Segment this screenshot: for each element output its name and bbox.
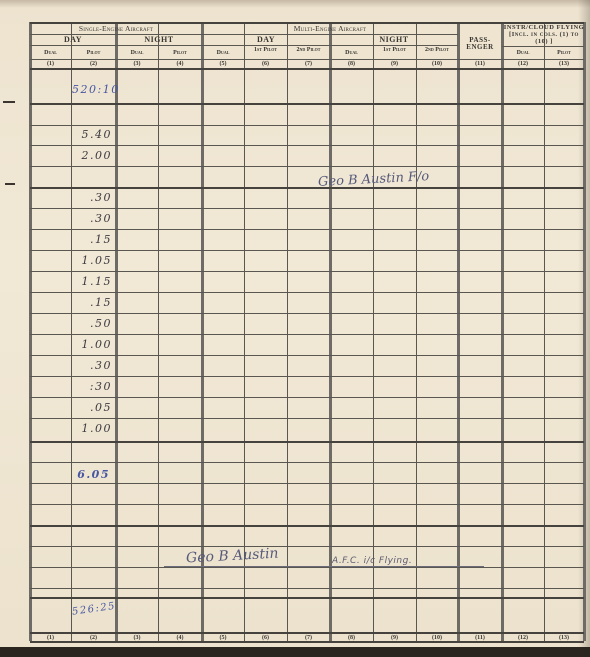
- grid-line: [30, 441, 584, 443]
- pilot-time-entry: 1.00: [72, 338, 112, 351]
- grid-line: [30, 292, 584, 293]
- pilot-time-entry: :30: [72, 380, 112, 393]
- grid-line: [30, 504, 584, 505]
- column-number: (11): [458, 61, 502, 67]
- column-number: (12): [502, 61, 544, 67]
- column-label: Pilot: [158, 50, 202, 56]
- grid-line: [30, 145, 584, 146]
- grid-line: [30, 271, 584, 272]
- footer-column-number: (7): [287, 635, 330, 641]
- footer-column-number: (2): [71, 635, 116, 641]
- logbook-page: Single-Engine Aircraft Multi-Engine Airc…: [0, 0, 590, 657]
- grid-line: [30, 397, 584, 398]
- column-number: (1): [30, 61, 71, 67]
- grid-line: [29, 22, 32, 641]
- brought-forward-total: 520:10: [72, 83, 114, 96]
- grid-line: [30, 546, 584, 547]
- grid-line: [201, 22, 204, 641]
- margin-mark: [5, 183, 15, 185]
- grid-line: [30, 125, 584, 126]
- pilot-time-entry: .15: [72, 233, 112, 246]
- column-label: 1st Pilot: [244, 47, 287, 53]
- pilot-time-entry: .15: [72, 296, 112, 309]
- grid-line: [30, 313, 584, 314]
- column-number: (3): [116, 61, 158, 67]
- grid-line: [502, 46, 584, 47]
- header-single-engine: Single-Engine Aircraft: [30, 25, 202, 33]
- grid-line: [30, 187, 584, 189]
- footer-column-number: (9): [373, 635, 416, 641]
- footer-column-number: (6): [244, 635, 287, 641]
- header-single-night: NIGHT: [116, 36, 202, 44]
- footer-column-number: (3): [116, 635, 158, 641]
- page-edge: [0, 647, 590, 657]
- grid-line: [30, 597, 584, 599]
- footer-column-number: (1): [30, 635, 71, 641]
- column-number: (8): [330, 61, 373, 67]
- header-multi-engine: Multi-Engine Aircraft: [202, 25, 458, 33]
- pilot-time-entry: 2.00: [72, 149, 112, 162]
- grid-line: [30, 632, 584, 634]
- grid-line: [30, 103, 584, 105]
- header-multi-night: NIGHT: [330, 36, 458, 44]
- grid-line: [30, 462, 584, 463]
- column-number: (6): [244, 61, 287, 67]
- column-number: (2): [71, 61, 116, 67]
- grid-line: [30, 483, 584, 484]
- grid-line: [30, 59, 584, 60]
- page-shadow: [0, 0, 590, 8]
- column-number: (9): [373, 61, 416, 67]
- grand-total: 526:25: [71, 601, 112, 617]
- grid-line: [30, 418, 584, 419]
- grid-line: [30, 525, 584, 527]
- column-label: Dual: [330, 50, 373, 56]
- margin-mark: [3, 101, 15, 103]
- pilot-time-entry: 5.40: [72, 128, 112, 141]
- grid-line: [30, 229, 584, 230]
- grid-line: [30, 250, 584, 251]
- column-label: Pilot: [544, 50, 584, 56]
- grid-line: [30, 376, 584, 377]
- footer-column-number: (12): [502, 635, 544, 641]
- grid-line: [158, 22, 159, 641]
- column-number: (5): [202, 61, 244, 67]
- pilot-time-entry: 1.05: [72, 254, 112, 267]
- footer-column-number: (5): [202, 635, 244, 641]
- grid-line: [416, 22, 417, 641]
- grid-line: [71, 22, 72, 641]
- column-label: 2nd Pilot: [416, 47, 458, 53]
- footer-column-number: (10): [416, 635, 458, 641]
- grid-line: [373, 22, 374, 641]
- signature-note: A.F.C. i/c Flying.: [332, 556, 412, 566]
- column-number: (7): [287, 61, 330, 67]
- column-number: (10): [416, 61, 458, 67]
- grid-line: [329, 22, 332, 641]
- grid-line: [30, 641, 584, 643]
- column-label: Pilot: [71, 50, 116, 56]
- footer-column-number: (4): [158, 635, 202, 641]
- column-label: Dual: [116, 50, 158, 56]
- column-number: (4): [158, 61, 202, 67]
- grid-line: [583, 22, 586, 641]
- signature-lower: Geo B Austin: [186, 546, 279, 567]
- column-label: 2nd Pilot: [287, 47, 330, 53]
- grid-line: [30, 588, 584, 589]
- signature-underline: [164, 566, 484, 567]
- grid-line: [30, 166, 584, 167]
- subtotal: 6.05: [72, 468, 110, 481]
- header-single-day: DAY: [30, 36, 116, 44]
- footer-column-number: (13): [544, 635, 584, 641]
- column-label: Dual: [30, 50, 71, 56]
- grid-line: [30, 567, 584, 568]
- grid-line: [544, 22, 545, 641]
- header-passenger: PASS- ENGER: [458, 37, 502, 51]
- grid-line: [115, 22, 118, 641]
- pilot-time-entry: .30: [72, 191, 112, 204]
- column-label: Dual: [202, 50, 244, 56]
- grid-line: [30, 355, 584, 356]
- pilot-time-entry: .05: [72, 401, 112, 414]
- pilot-time-entry: 1.15: [72, 275, 112, 288]
- grid-line: [30, 208, 584, 209]
- column-label: 1st Pilot: [373, 47, 416, 53]
- pilot-time-entry: 1.00: [72, 422, 112, 435]
- column-label: Dual: [502, 50, 544, 56]
- pilot-time-entry: .30: [72, 212, 112, 225]
- footer-column-number: (8): [330, 635, 373, 641]
- grid-line: [30, 68, 584, 70]
- column-number: (13): [544, 61, 584, 67]
- pilot-time-entry: .30: [72, 359, 112, 372]
- header-instr-cloud: INSTR/CLOUD FLYING [Incl. in cols. (1) t…: [503, 25, 585, 45]
- grid-line: [287, 22, 288, 641]
- pilot-time-entry: .50: [72, 317, 112, 330]
- grid-line: [501, 22, 504, 641]
- grid-line: [457, 22, 460, 641]
- grid-line: [30, 334, 584, 335]
- footer-column-number: (11): [458, 635, 502, 641]
- grid-line: [30, 45, 458, 46]
- header-multi-day: DAY: [202, 36, 330, 44]
